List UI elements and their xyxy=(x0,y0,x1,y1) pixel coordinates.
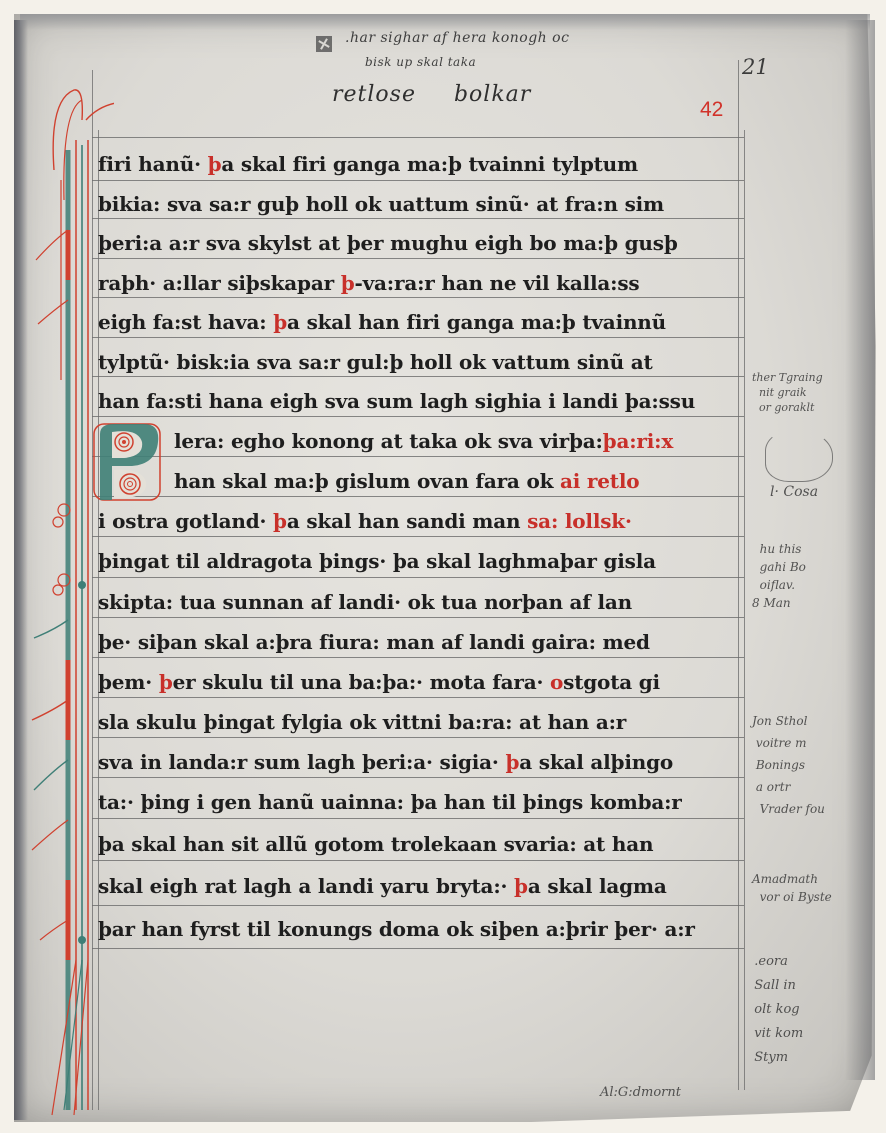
text-line: raþh· a:llar siþskapar þ-va:ra:r han ne … xyxy=(98,264,746,302)
text-line: þeri:a a:r sva skylst at þer mughu eigh … xyxy=(98,224,746,262)
margin-note: .eora Sall in olt kog vit kom Stym xyxy=(746,950,803,1070)
header-note-line-1: .har sighar af hera konogh oc xyxy=(345,30,569,46)
leaf-shadow-top xyxy=(20,14,870,30)
header-note-line-2: bisk up skal taka xyxy=(365,55,476,69)
text-line: þa skal han sit allũ gotom trolekaan sva… xyxy=(98,825,746,863)
margin-doodle xyxy=(765,430,833,482)
text-line: sva in landa:r sum lagh þeri:a· sigia· þ… xyxy=(98,743,746,781)
text-line: skal eigh rat lagh a landi yaru bryta:· … xyxy=(98,867,746,905)
margin-note: l· Cosa xyxy=(770,485,818,500)
text-line: þem· þer skulu til una ba:þa:· mota fara… xyxy=(98,663,746,701)
text-line: han fa:sti hana eigh sva sum lagh sighia… xyxy=(98,382,746,420)
ruling-line xyxy=(92,905,744,906)
margin-note-bottom: Al:G:dmornt xyxy=(600,1085,681,1100)
text-line: ta:· þing i gen hanũ uainna: þa han til … xyxy=(98,783,746,821)
text-line: þar han fyrst til konungs doma ok siþen … xyxy=(98,910,746,948)
ruling-line xyxy=(92,948,744,949)
cross-mark-icon xyxy=(316,36,332,52)
text-line: i ostra gotland· þa skal han sandi man s… xyxy=(98,502,746,540)
running-title-right: bolkar xyxy=(454,82,531,107)
folio-number-pencil: 21 xyxy=(742,55,769,79)
text-line: eigh fa:st hava: þa skal han firi ganga … xyxy=(98,303,746,341)
running-title: retlosebolkar xyxy=(332,82,531,107)
margin-flourish-decoration xyxy=(24,60,114,1120)
running-title-left: retlose xyxy=(332,82,416,107)
leaf-shadow-right xyxy=(845,20,875,1080)
text-line: tylptũ· bisk:ia sva sa:r gul:þ holl ok v… xyxy=(98,343,746,381)
margin-note: hu this gahi Bo oiflav. 8 Man xyxy=(752,540,806,612)
folio-number-red: 42 xyxy=(700,98,723,122)
text-line: bikia: sva sa:r guþ holl ok uattum sinũ·… xyxy=(98,185,746,223)
text-line: firi hanũ· þa skal firi ganga ma:þ tvain… xyxy=(98,145,746,183)
text-line: han skal ma:þ gislum ovan fara ok ai ret… xyxy=(174,462,746,500)
text-line: sla skulu þingat fylgia ok vittni ba:ra:… xyxy=(98,703,746,741)
text-line: skipta: tua sunnan af landi· ok tua norþ… xyxy=(98,583,746,621)
text-line: þe· siþan skal a:þra fiura: man af landi… xyxy=(98,623,746,661)
ruling-line xyxy=(92,137,744,138)
margin-note: Jon Sthol voitre m Bonings a ortr Vrader… xyxy=(752,710,825,820)
margin-note: Amadmath vor oi Byste xyxy=(752,870,832,906)
text-line: þingat til aldragota þings· þa skal lagh… xyxy=(98,542,746,580)
margin-note: ther Tgraing nit graik or goraklt xyxy=(752,370,823,415)
text-line: lera: egho konong at taka ok sva virþa:þ… xyxy=(174,422,746,460)
